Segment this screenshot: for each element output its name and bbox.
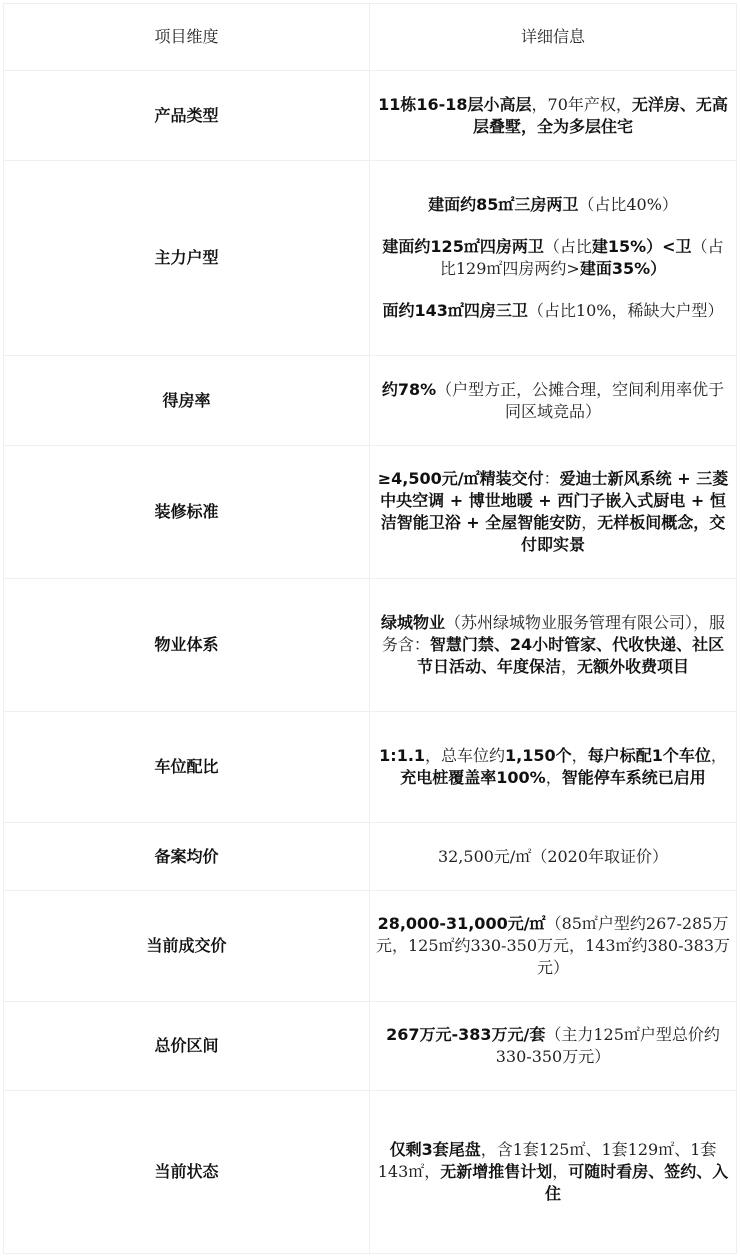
dimension-cell: 装修标准 (4, 446, 370, 579)
dimension-cell: 物业体系 (4, 579, 370, 712)
highlight-text: 面约143㎡四房三卫 (383, 301, 528, 320)
highlight-text: 仅剩3套尾盘 (390, 1140, 481, 1159)
detail-cell: 28,000-31,000元/㎡（85㎡户型约267-285万元，125㎡约33… (370, 891, 737, 1002)
detail-text: ， (572, 746, 588, 765)
highlight-text: 建面约85㎡三房两卫 (428, 195, 578, 214)
highlight-text: 充电桩覆盖率100% (400, 768, 545, 787)
detail-cell: ≥4,500元/㎡精装交付：爱迪士新风系统 + 三菱中央空调 + 博世地暖 + … (370, 446, 737, 579)
header-row: 项目维度 详细信息 (4, 4, 737, 71)
table-row-parking-ratio: 车位配比1:1.1，总车位约1,150个，每户标配1个车位，充电桩覆盖率100%… (4, 712, 737, 823)
header-details: 详细信息 (370, 4, 737, 71)
highlight-text: 28,000-31,000元/㎡ (378, 914, 546, 933)
highlight-text: 可随时看房、签约、入住 (545, 1162, 728, 1203)
highlight-text: ≥4,500元/㎡精装交付 (378, 469, 544, 488)
dimension-cell: 车位配比 (4, 712, 370, 823)
detail-text: ， (711, 746, 727, 765)
detail-cell: 建面约85㎡三房两卫（占比40%）建面约125㎡四房两卫（占比建15%）<卫（占… (370, 161, 737, 356)
header-dimension: 项目维度 (4, 4, 370, 71)
detail-text: （户型方正，公摊合理，空间利用率优于同区域竞品） (436, 380, 724, 421)
detail-text: ： (544, 469, 560, 488)
detail-text: 32,500元/㎡（2020年取证价） (438, 847, 668, 866)
table-row-main-layouts: 主力户型建面约85㎡三房两卫（占比40%）建面约125㎡四房两卫（占比建15%）… (4, 161, 737, 356)
dimension-cell: 得房率 (4, 356, 370, 446)
layout-paragraph: 面约143㎡四房三卫（占比10%，稀缺大户型） (375, 300, 731, 322)
dimension-cell: 主力户型 (4, 161, 370, 356)
detail-text: （占比 (544, 237, 592, 256)
highlight-text: 建15%）<卫 (592, 237, 692, 256)
detail-cell: 仅剩3套尾盘，含1套125㎡、1套129㎡、1套143㎡，无新增推售计划，可随时… (370, 1091, 737, 1254)
dimension-cell: 备案均价 (4, 823, 370, 891)
highlight-text: 每户标配1个车位 (588, 746, 711, 765)
detail-text: ，总车位约 (425, 746, 505, 765)
highlight-text: 1:1.1 (379, 746, 425, 765)
table-row-efficiency-ratio: 得房率约78%（户型方正，公摊合理，空间利用率优于同区域竞品） (4, 356, 737, 446)
detail-cell: 32,500元/㎡（2020年取证价） (370, 823, 737, 891)
table-row-product-type: 产品类型11栋16-18层小高层，70年产权，无洋房、无高层叠墅，全为多层住宅 (4, 71, 737, 161)
detail-text: ， (546, 768, 562, 787)
detail-text: ，70年产权， (532, 95, 632, 114)
table-row-filing-price: 备案均价32,500元/㎡（2020年取证价） (4, 823, 737, 891)
dimension-cell: 总价区间 (4, 1002, 370, 1091)
highlight-text: 绿城物业 (381, 613, 445, 632)
detail-cell: 约78%（户型方正，公摊合理，空间利用率优于同区域竞品） (370, 356, 737, 446)
highlight-text: 约78% (382, 380, 436, 399)
project-spec-table: 项目维度 详细信息 产品类型11栋16-18层小高层，70年产权，无洋房、无高层… (3, 3, 737, 1254)
highlight-text: 267万元-383万元/套 (386, 1025, 545, 1044)
detail-cell: 绿城物业（苏州绿城物业服务管理有限公司），服务含：智慧门禁、24小时管家、代收快… (370, 579, 737, 712)
dimension-cell: 当前状态 (4, 1091, 370, 1254)
highlight-text: 11栋16-18层小高层 (378, 95, 531, 114)
layout-paragraph: 建面约85㎡三房两卫（占比40%） (375, 194, 731, 216)
detail-cell: 267万元-383万元/套（主力125㎡户型总价约330-350万元） (370, 1002, 737, 1091)
highlight-text: 无新增推售计划 (440, 1162, 552, 1181)
table-row-current-price: 当前成交价28,000-31,000元/㎡（85㎡户型约267-285万元，12… (4, 891, 737, 1002)
highlight-text: 建面35%） (580, 259, 666, 278)
dimension-cell: 当前成交价 (4, 891, 370, 1002)
detail-cell: 1:1.1，总车位约1,150个，每户标配1个车位，充电桩覆盖率100%，智能停… (370, 712, 737, 823)
highlight-text: 智能停车系统已启用 (562, 768, 706, 787)
detail-cell: 11栋16-18层小高层，70年产权，无洋房、无高层叠墅，全为多层住宅 (370, 71, 737, 161)
table-row-total-price-range: 总价区间267万元-383万元/套（主力125㎡户型总价约330-350万元） (4, 1002, 737, 1091)
detail-text: ， (552, 1162, 568, 1181)
table-row-current-status: 当前状态仅剩3套尾盘，含1套125㎡、1套129㎡、1套143㎡，无新增推售计划… (4, 1091, 737, 1254)
dimension-cell: 产品类型 (4, 71, 370, 161)
layout-paragraph: 建面约125㎡四房两卫（占比建15%）<卫（占比129㎡四房两约>建面35%） (375, 236, 731, 280)
highlight-text: 无额外收费项目 (577, 657, 689, 676)
table-row-property-management: 物业体系绿城物业（苏州绿城物业服务管理有限公司），服务含：智慧门禁、24小时管家… (4, 579, 737, 712)
highlight-text: 建面约125㎡四房两卫 (382, 237, 543, 256)
highlight-text: 1,150个 (505, 746, 572, 765)
detail-text: （占比40%） (578, 195, 678, 214)
detail-text: ， (561, 657, 577, 676)
detail-text: （占比10%，稀缺大户型） (528, 301, 724, 320)
table-row-decoration-standard: 装修标准≥4,500元/㎡精装交付：爱迪士新风系统 + 三菱中央空调 + 博世地… (4, 446, 737, 579)
detail-text: ， (581, 513, 597, 532)
